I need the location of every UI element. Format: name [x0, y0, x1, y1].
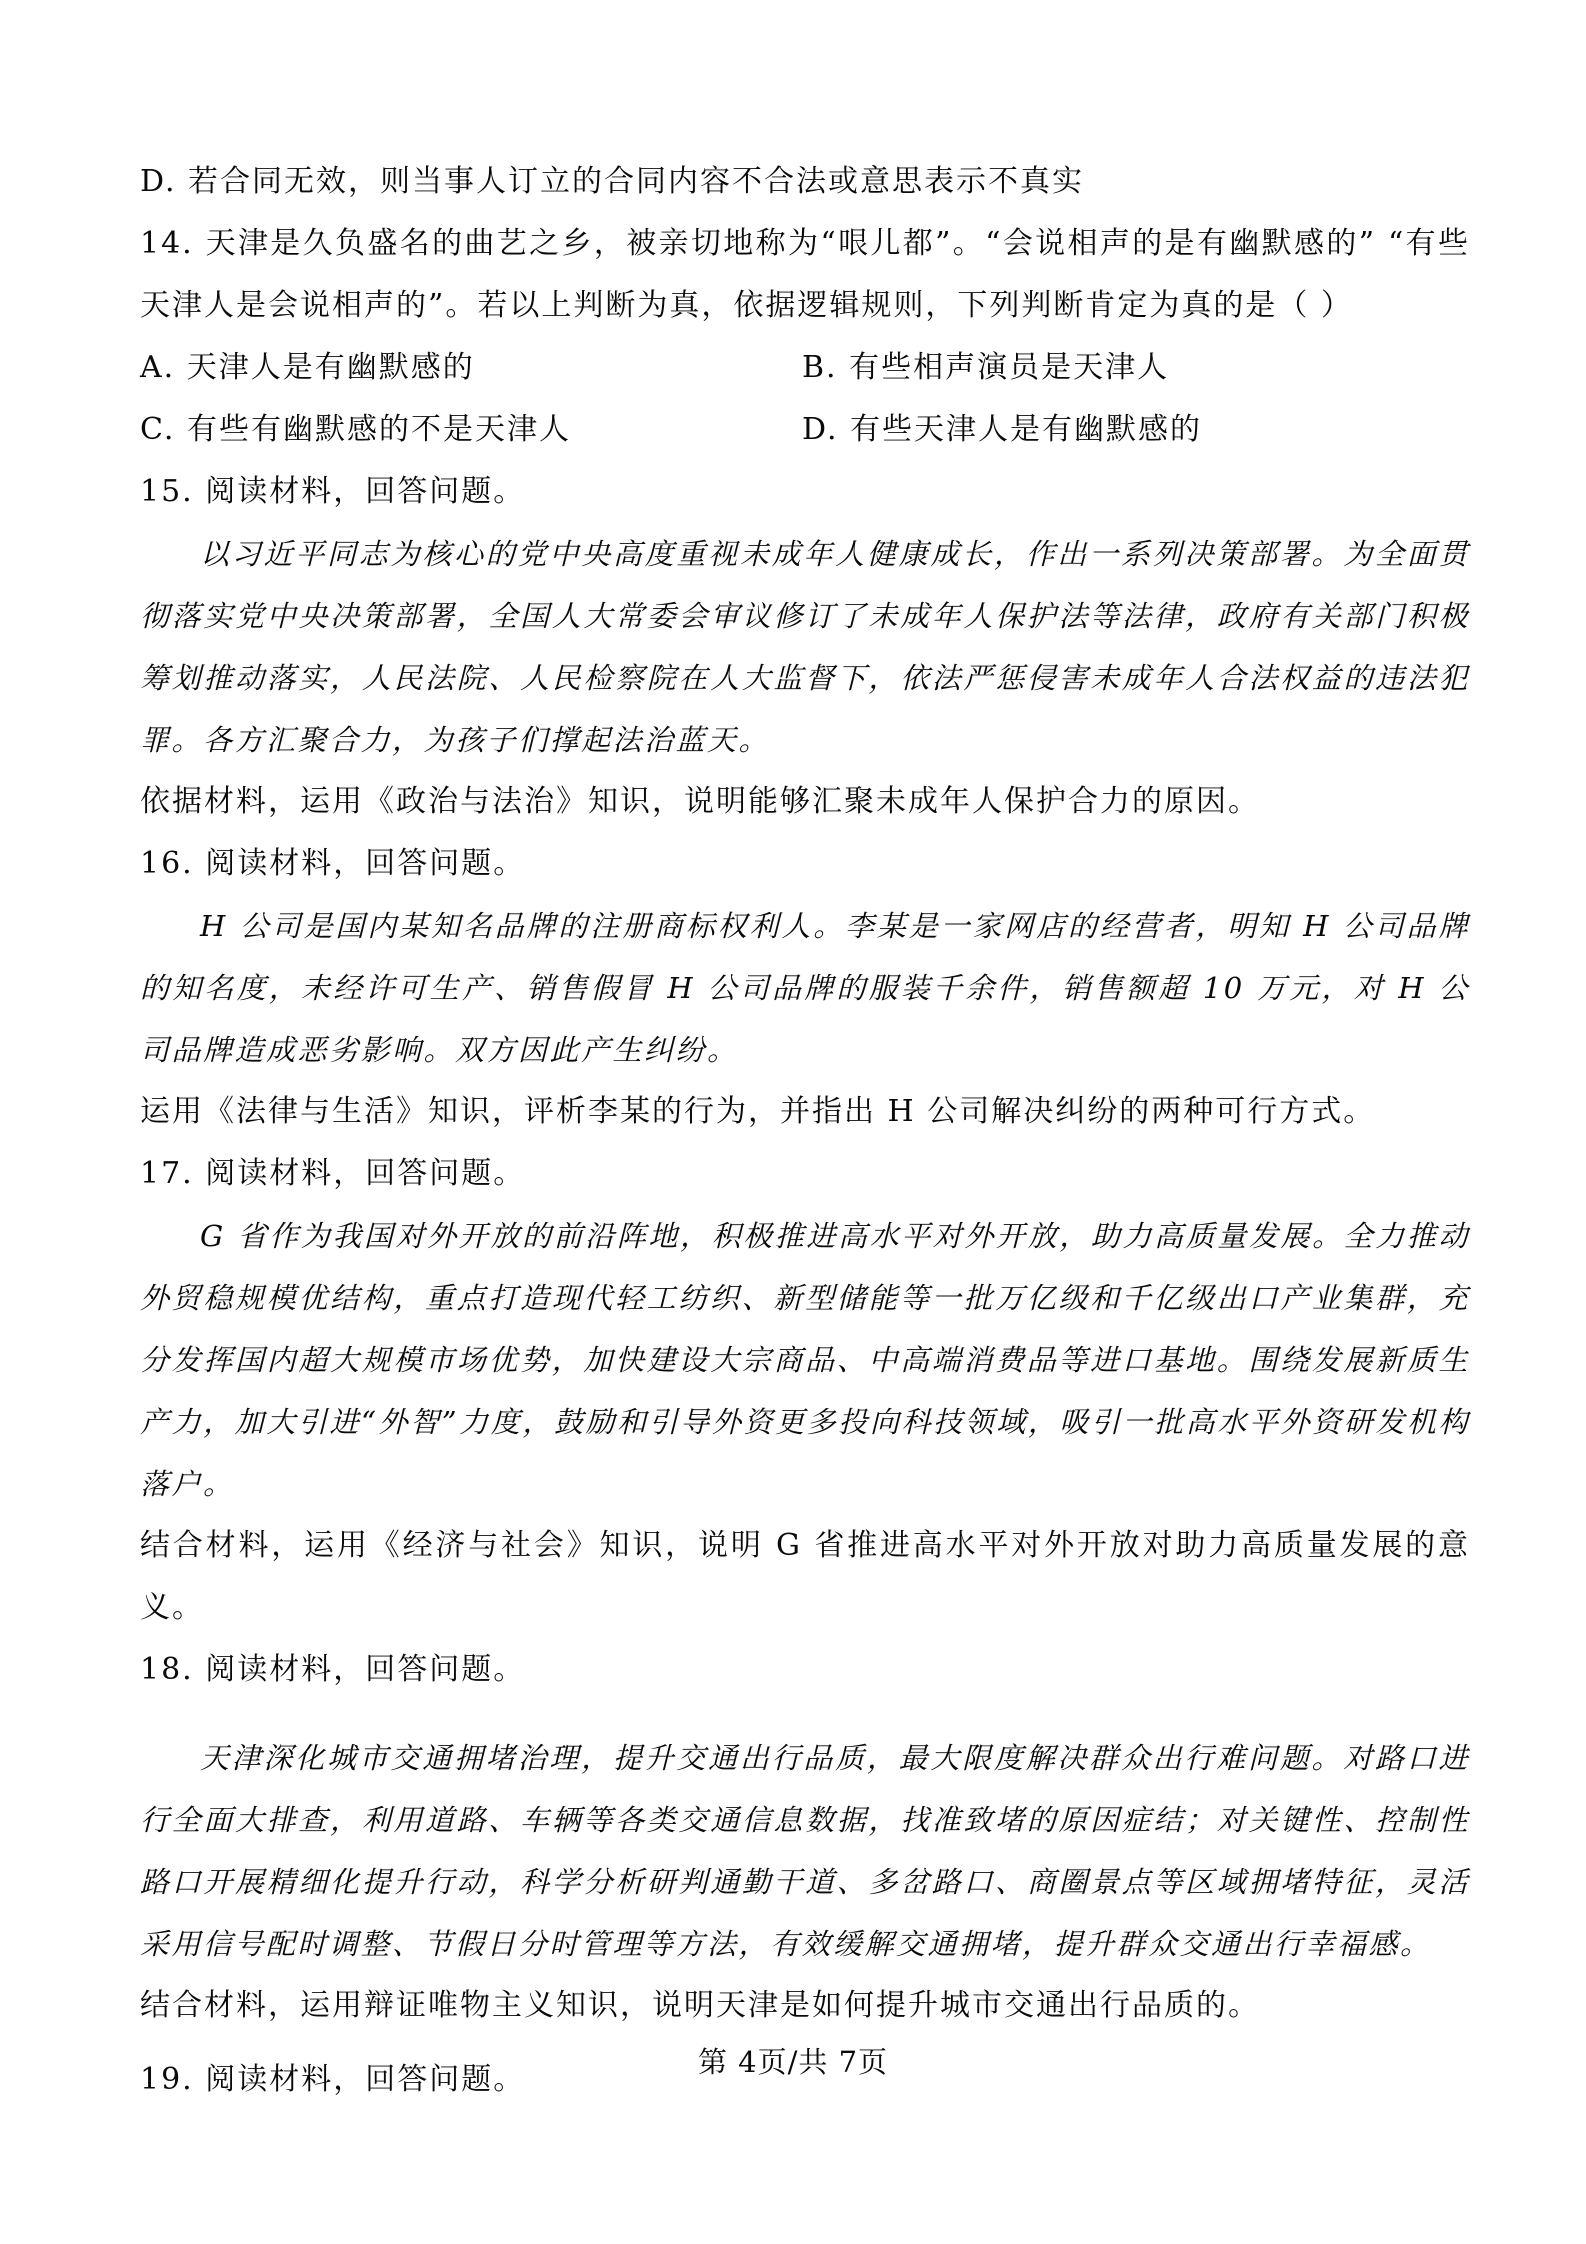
q14-option-a: A. 天津人是有幽默感的	[140, 337, 802, 399]
page-content: D. 若合同无效，则当事人订立的合同内容不合法或意思表示不真实 14. 天津是久…	[140, 151, 1470, 2111]
q17-task: 结合材料，运用《经济与社会》知识，说明 G 省推进高水平对外开放对助力高质量发展…	[140, 1515, 1470, 1639]
q18-heading: 18. 阅读材料，回答问题。	[140, 1639, 1470, 1701]
q15-task: 依据材料，运用《政治与法治》知识，说明能够汇聚未成年人保护合力的原因。	[140, 771, 1470, 833]
q14-option-d: D. 有些天津人是有幽默感的	[802, 399, 1202, 461]
q16-material: H 公司是国内某知名品牌的注册商标权利人。李某是一家网店的经营者，明知 H 公司…	[140, 895, 1470, 1081]
q16-task: 运用《法律与生活》知识，评析李某的行为，并指出 H 公司解决纠纷的两种可行方式。	[140, 1081, 1470, 1143]
q13-option-d: D. 若合同无效，则当事人订立的合同内容不合法或意思表示不真实	[140, 151, 1470, 213]
q14-options-row-ab: A. 天津人是有幽默感的 B. 有些相声演员是天津人	[140, 337, 1470, 399]
q17-heading: 17. 阅读材料，回答问题。	[140, 1143, 1470, 1205]
q15-material: 以习近平同志为核心的党中央高度重视未成年人健康成长，作出一系列决策部署。为全面贯…	[140, 523, 1470, 771]
q17-material: G 省作为我国对外开放的前沿阵地，积极推进高水平对外开放，助力高质量发展。全力推…	[140, 1205, 1470, 1515]
q14-stem: 14. 天津是久负盛名的曲艺之乡，被亲切地称为“哏儿都”。“会说相声的是有幽默感…	[140, 213, 1470, 337]
q16-heading: 16. 阅读材料，回答问题。	[140, 833, 1470, 895]
q14-option-c: C. 有些有幽默感的不是天津人	[140, 399, 802, 461]
page-footer: 第 4页/共 7页	[0, 2031, 1586, 2093]
q18-material: 天津深化城市交通拥堵治理，提升交通出行品质，最大限度解决群众出行难问题。对路口进…	[140, 1727, 1470, 1975]
exam-document-page: D. 若合同无效，则当事人订立的合同内容不合法或意思表示不真实 14. 天津是久…	[0, 0, 1586, 2244]
q15-heading: 15. 阅读材料，回答问题。	[140, 461, 1470, 523]
page-indicator: 第 4页/共 7页	[698, 2045, 888, 2079]
q18-task: 结合材料，运用辩证唯物主义知识，说明天津是如何提升城市交通出行品质的。	[140, 1975, 1470, 2037]
q14-option-b: B. 有些相声演员是天津人	[802, 337, 1169, 399]
q14-options-row-cd: C. 有些有幽默感的不是天津人 D. 有些天津人是有幽默感的	[140, 399, 1470, 461]
